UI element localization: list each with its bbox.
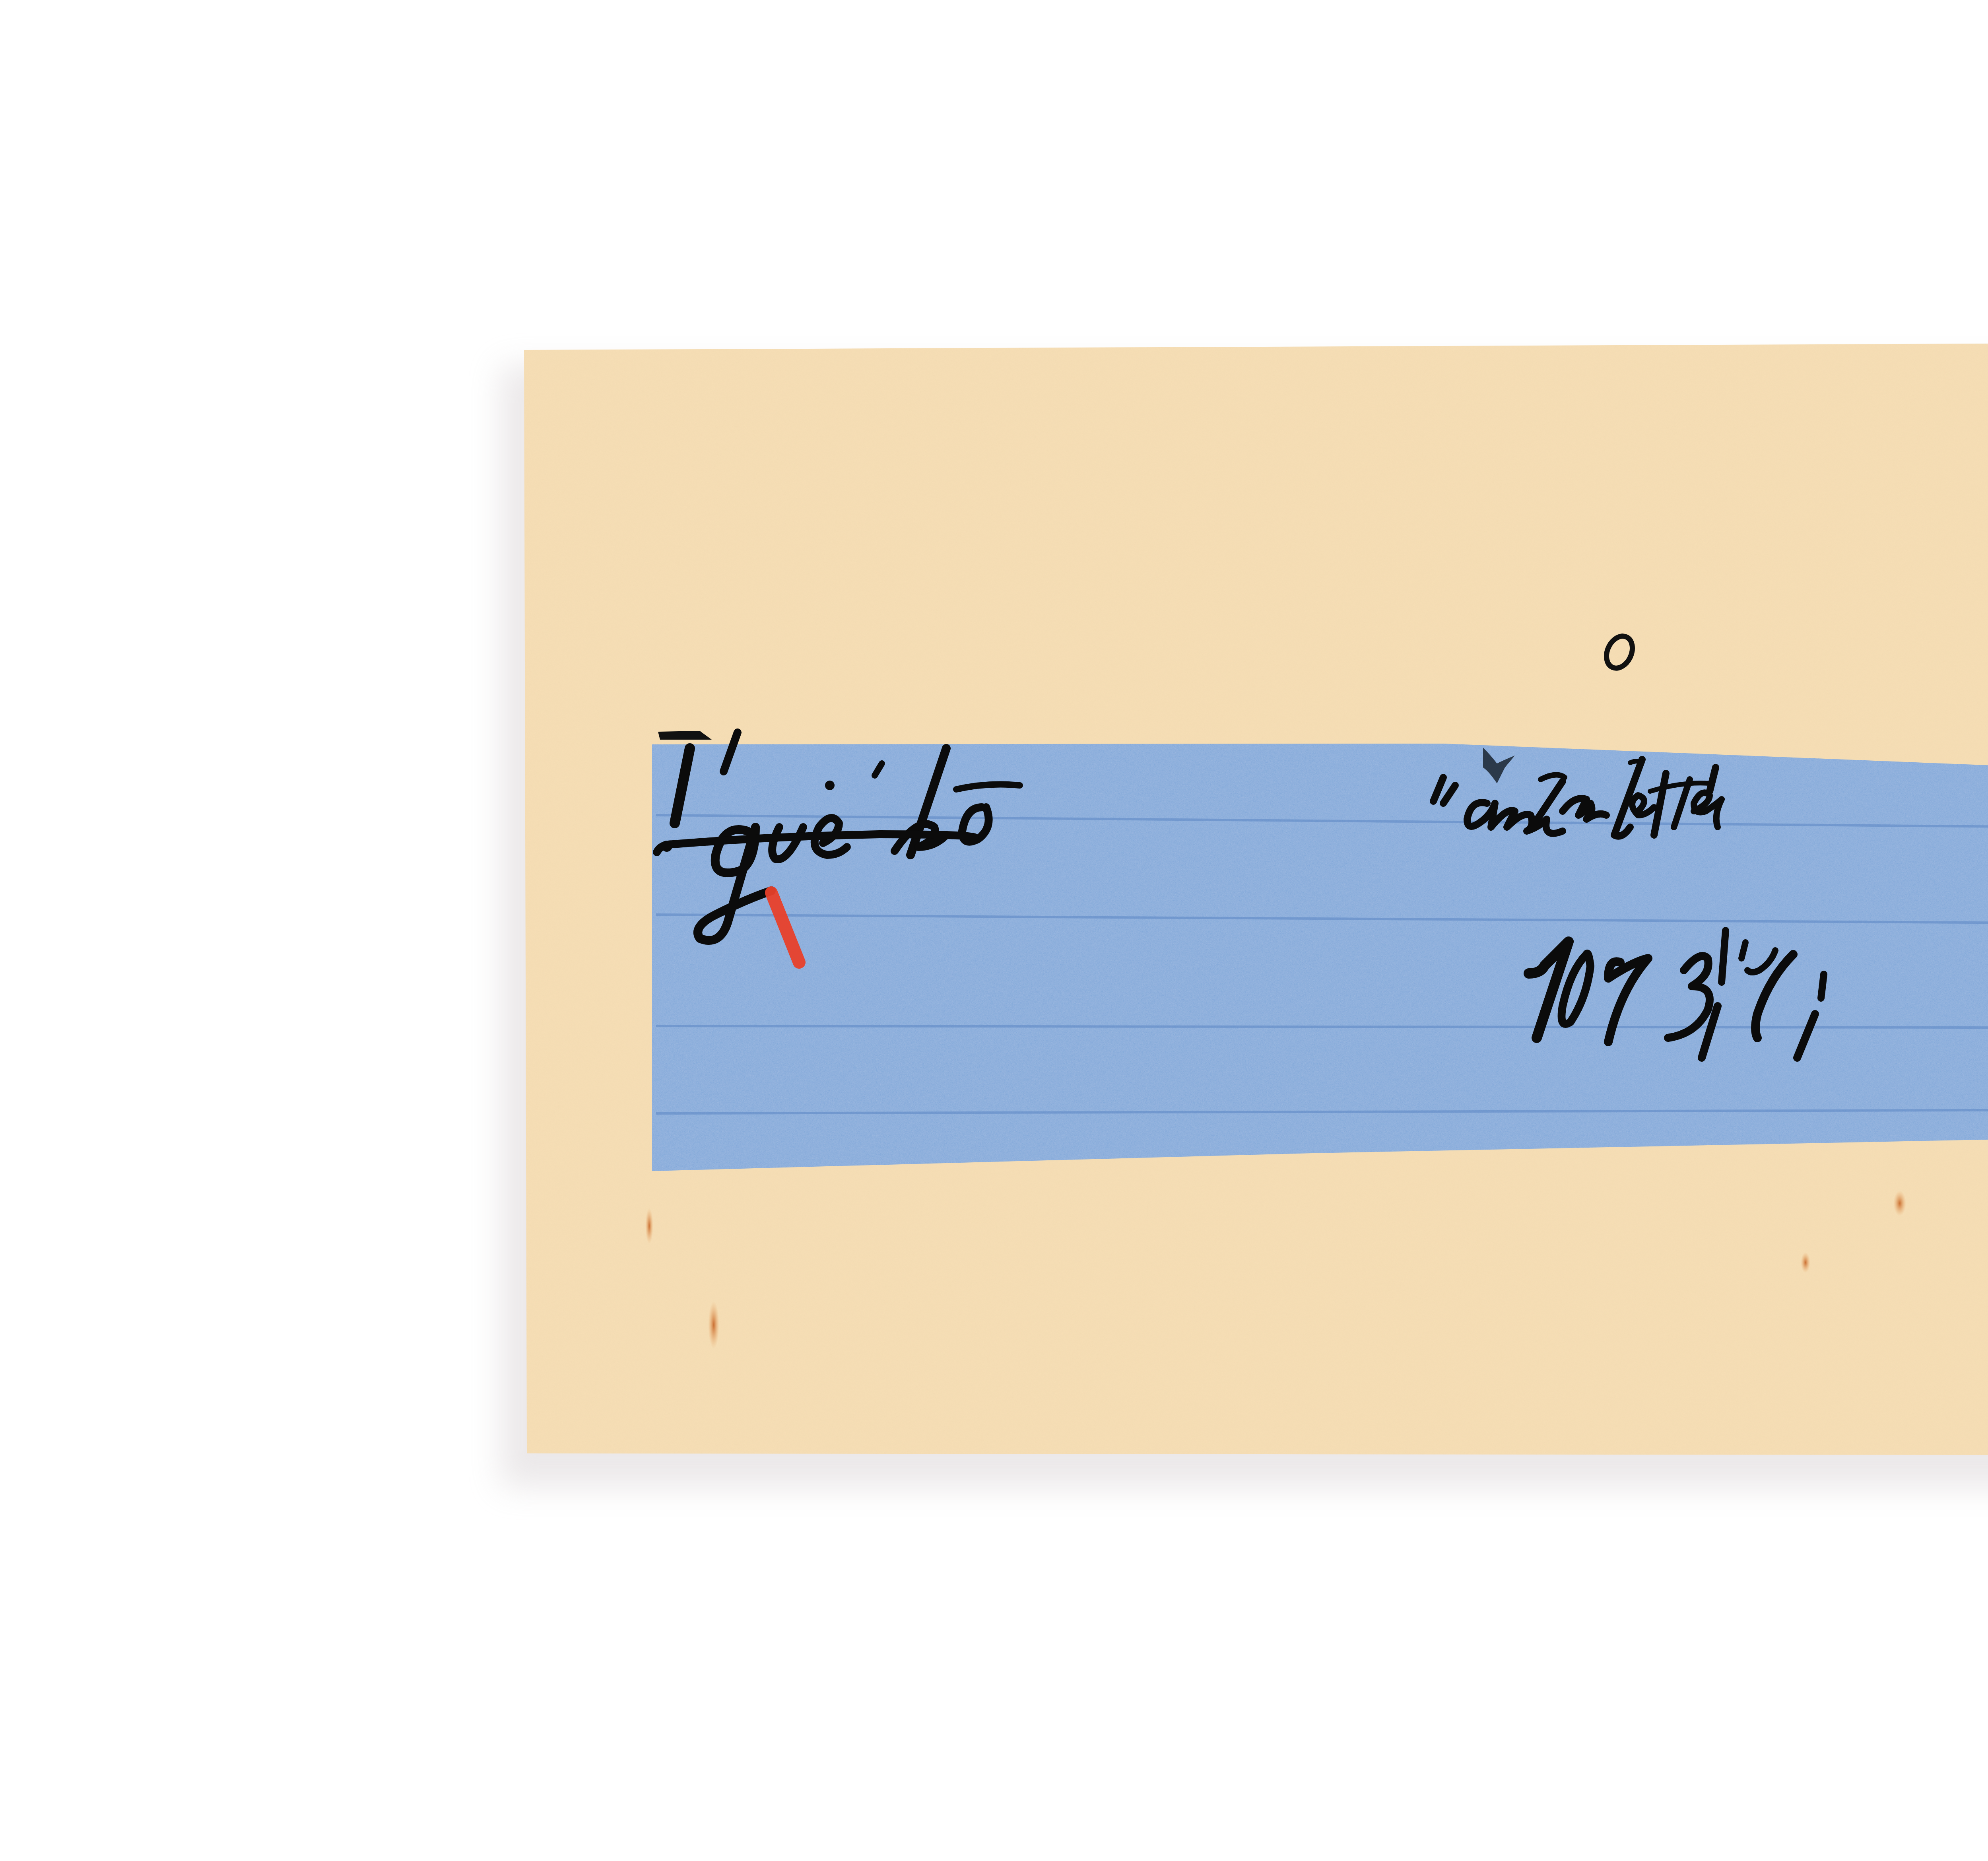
mark-above-strip: o xyxy=(0,0,0,0)
foxing-spot xyxy=(645,1208,653,1244)
foxing-spot xyxy=(1801,1252,1810,1273)
foxing-spot xyxy=(708,1301,719,1349)
photo-scene xyxy=(0,0,1988,1861)
foxing-spot xyxy=(1893,1191,1906,1216)
blue-lined-strip xyxy=(652,731,1988,1171)
